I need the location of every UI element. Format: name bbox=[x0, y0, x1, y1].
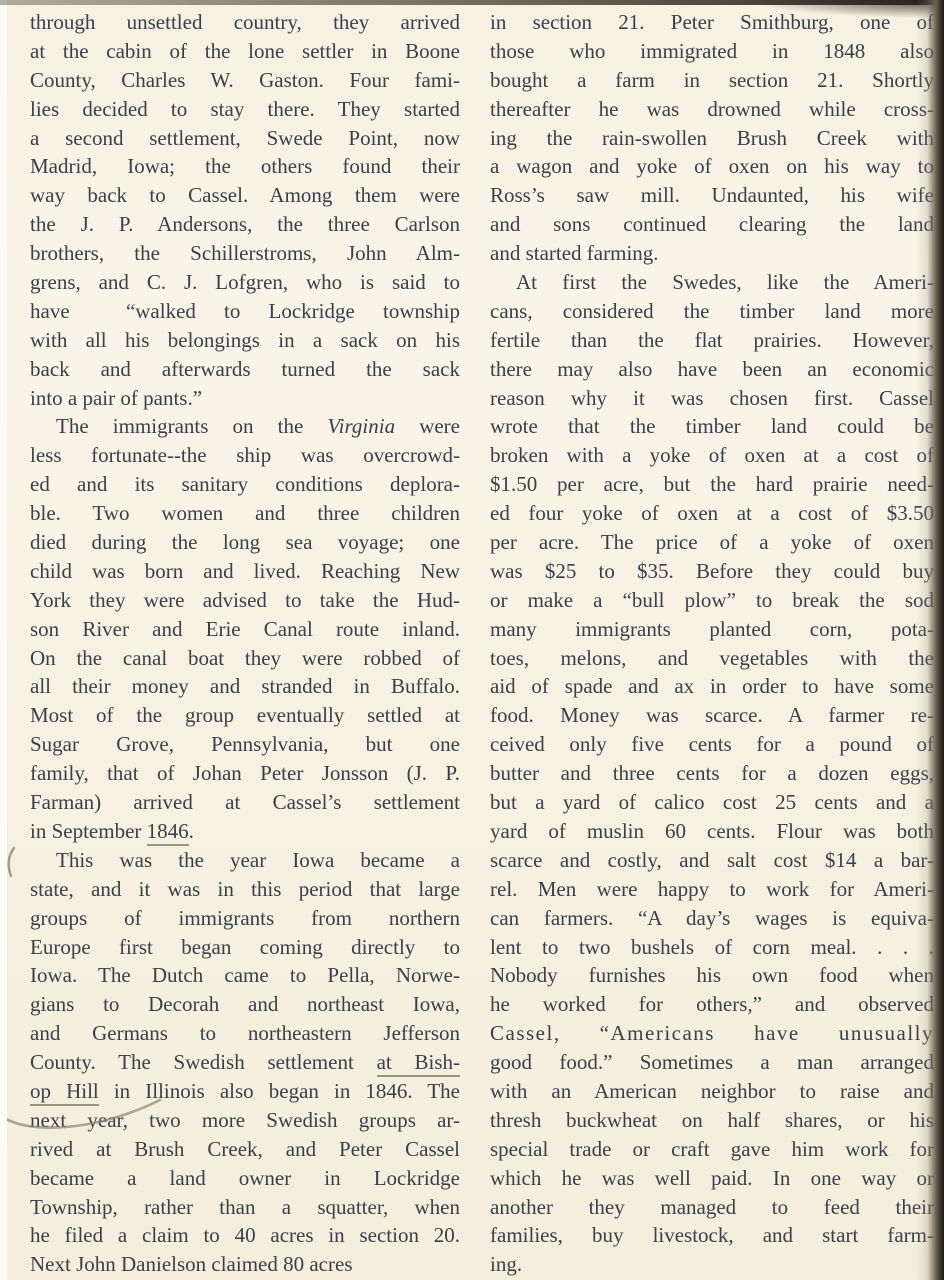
text-line: died during the long sea voyage; one bbox=[30, 528, 460, 557]
text-line: can farmers. “A day’s wages is equiva- bbox=[490, 904, 934, 933]
text-line: there may also have been an economic bbox=[490, 355, 934, 384]
paragraph: This was the year Iowa became astate, an… bbox=[30, 846, 460, 1279]
paragraph: in section 21. Peter Smithburg, one ofth… bbox=[490, 8, 934, 268]
text-line: Cassel, “Americans have unusually bbox=[490, 1019, 934, 1048]
text-line: family, that of Johan Peter Jonsson (J. … bbox=[30, 759, 460, 788]
text-line: state, and it was in this period that la… bbox=[30, 875, 460, 904]
text-line: Madrid, Iowa; the others found their bbox=[30, 152, 460, 181]
text-line: toes, melons, and vegetables with the bbox=[490, 644, 934, 673]
text-line: through unsettled country, they arrived bbox=[30, 8, 460, 37]
text-line: he worked for others,” and observed bbox=[490, 990, 934, 1019]
text-line: At first the Swedes, like the Ameri- bbox=[490, 268, 934, 297]
text-line: thresh buckwheat on half shares, or his bbox=[490, 1106, 934, 1135]
text-line: ceived only five cents for a pound of bbox=[490, 730, 934, 759]
text-line: have “walked to Lockridge township bbox=[30, 297, 460, 326]
text-line: another they managed to feed their bbox=[490, 1193, 934, 1222]
text-line: ed four yoke of oxen at a cost of $3.50 bbox=[490, 499, 934, 528]
text-line: Township, rather than a squatter, when bbox=[30, 1193, 460, 1222]
text-line: Next John Danielson claimed 80 acres bbox=[30, 1250, 460, 1279]
right-text-column: in section 21. Peter Smithburg, one ofth… bbox=[490, 8, 934, 1279]
scan-left-edge bbox=[0, 0, 7, 1280]
text-line: less fortunate--the ship was overcrowd- bbox=[30, 441, 460, 470]
text-line: with all his belongings in a sack on his bbox=[30, 326, 460, 355]
text-line: child was born and lived. Reaching New bbox=[30, 557, 460, 586]
text-line: ble. Two women and three children bbox=[30, 499, 460, 528]
text-line: $1.50 per acre, but the hard prairie nee… bbox=[490, 470, 934, 499]
text-line: rel. Men were happy to work for Ameri- bbox=[490, 875, 934, 904]
text-line: Europe first began coming directly to bbox=[30, 933, 460, 962]
text-line: those who immigrated in 1848 also bbox=[490, 37, 934, 66]
pencil-underlined-text: at Bish- bbox=[377, 1050, 460, 1077]
text-line: gians to Decorah and northeast Iowa, bbox=[30, 990, 460, 1019]
italic-ship-name: Virginia bbox=[327, 414, 395, 438]
left-text-column: through unsettled country, they arriveda… bbox=[30, 8, 460, 1279]
text-line: and Germans to northeastern Jefferson bbox=[30, 1019, 460, 1048]
text-line: fertile than the flat prairies. However, bbox=[490, 326, 934, 355]
text-line: into a pair of pants.” bbox=[30, 384, 460, 413]
text-line: families, buy livestock, and start farm- bbox=[490, 1221, 934, 1250]
text-line: op Hill in Illinois also began in 1846. … bbox=[30, 1077, 460, 1106]
text-line: wrote that the timber land could be bbox=[490, 412, 934, 441]
text-line: brothers, the Schillerstroms, John Alm- bbox=[30, 239, 460, 268]
text-line: rived at Brush Creek, and Peter Cassel bbox=[30, 1135, 460, 1164]
text-line: cans, considered the timber land more bbox=[490, 297, 934, 326]
text-line: in September 1846. bbox=[30, 817, 460, 846]
pencil-tick-mark bbox=[9, 848, 14, 876]
text-line: York they were advised to take the Hud- bbox=[30, 586, 460, 615]
text-line: yard of muslin 60 cents. Flour was both bbox=[490, 817, 934, 846]
text-line: broken with a yoke of oxen at a cost of bbox=[490, 441, 934, 470]
text-line: per acre. The price of a yoke of oxen bbox=[490, 528, 934, 557]
text-line: lies decided to stay there. They started bbox=[30, 95, 460, 124]
text-line: many immigrants planted corn, pota- bbox=[490, 615, 934, 644]
text-line: a wagon and yoke of oxen on his way to bbox=[490, 152, 934, 181]
text-line: ing the rain-swollen Brush Creek with bbox=[490, 124, 934, 153]
text-line: next year, two more Swedish groups ar- bbox=[30, 1106, 460, 1135]
text-line: all their money and stranded in Buffalo. bbox=[30, 672, 460, 701]
paragraph: At first the Swedes, like the Ameri-cans… bbox=[490, 268, 934, 1279]
text-line: scarce and costly, and salt cost $14 a b… bbox=[490, 846, 934, 875]
text-line: aid of spade and ax in order to have som… bbox=[490, 672, 934, 701]
text-line: butter and three cents for a dozen eggs, bbox=[490, 759, 934, 788]
text-line: at the cabin of the lone settler in Boon… bbox=[30, 37, 460, 66]
text-line: good food.” Sometimes a man arranged bbox=[490, 1048, 934, 1077]
text-line: he filed a claim to 40 acres in section … bbox=[30, 1221, 460, 1250]
text-line: special trade or craft gave him work for bbox=[490, 1135, 934, 1164]
text-line: son River and Erie Canal route inland. bbox=[30, 615, 460, 644]
text-line: Most of the group eventually settled at bbox=[30, 701, 460, 730]
text-line: Nobody furnishes his own food when bbox=[490, 961, 934, 990]
text-line: This was the year Iowa became a bbox=[30, 846, 460, 875]
text-line: bought a farm in section 21. Shortly bbox=[490, 66, 934, 95]
paragraph: The immigrants on the Virginia wereless … bbox=[30, 412, 460, 845]
pencil-underlined-text: 1846 bbox=[147, 819, 189, 846]
text-line: ed and its sanitary conditions deplora- bbox=[30, 470, 460, 499]
text-line: lent to two bushels of corn meal. . . . bbox=[490, 933, 934, 962]
text-line: but a yard of calico cost 25 cents and a bbox=[490, 788, 934, 817]
text-line: and sons continued clearing the land bbox=[490, 210, 934, 239]
text-line: back and afterwards turned the sack bbox=[30, 355, 460, 384]
text-line: was $25 to $35. Before they could buy bbox=[490, 557, 934, 586]
text-line: On the canal boat they were robbed of bbox=[30, 644, 460, 673]
text-line: The immigrants on the Virginia were bbox=[30, 412, 460, 441]
text-line: grens, and C. J. Lofgren, who is said to bbox=[30, 268, 460, 297]
text-line: and started farming. bbox=[490, 239, 934, 268]
text-line: Sugar Grove, Pennsylvania, but one bbox=[30, 730, 460, 759]
text-line: food. Money was scarce. A farmer re- bbox=[490, 701, 934, 730]
text-line: became a land owner in Lockridge bbox=[30, 1164, 460, 1193]
pencil-underlined-text: op Hill bbox=[30, 1079, 99, 1106]
text-line: groups of immigrants from northern bbox=[30, 904, 460, 933]
text-line: County, Charles W. Gaston. Four fami- bbox=[30, 66, 460, 95]
text-line: County. The Swedish settlement at Bish- bbox=[30, 1048, 460, 1077]
text-line: Farman) arrived at Cassel’s settlement bbox=[30, 788, 460, 817]
text-line: Ross’s saw mill. Undaunted, his wife bbox=[490, 181, 934, 210]
text-line: thereafter he was drowned while cross- bbox=[490, 95, 934, 124]
text-line: reason why it was chosen first. Cassel bbox=[490, 384, 934, 413]
paragraph: through unsettled country, they arriveda… bbox=[30, 8, 460, 412]
text-line: which he was well paid. In one way or bbox=[490, 1164, 934, 1193]
text-line: way back to Cassel. Among them were bbox=[30, 181, 460, 210]
text-line: or make a “bull plow” to break the sod bbox=[490, 586, 934, 615]
scan-right-edge-shadow bbox=[916, 0, 944, 1280]
book-page: through unsettled country, they arriveda… bbox=[0, 0, 944, 1280]
text-line: a second settlement, Swede Point, now bbox=[30, 124, 460, 153]
text-line: the J. P. Andersons, the three Carlson bbox=[30, 210, 460, 239]
text-line: Iowa. The Dutch came to Pella, Norwe- bbox=[30, 961, 460, 990]
text-line: with an American neighbor to raise and bbox=[490, 1077, 934, 1106]
text-line: ing. bbox=[490, 1250, 934, 1279]
